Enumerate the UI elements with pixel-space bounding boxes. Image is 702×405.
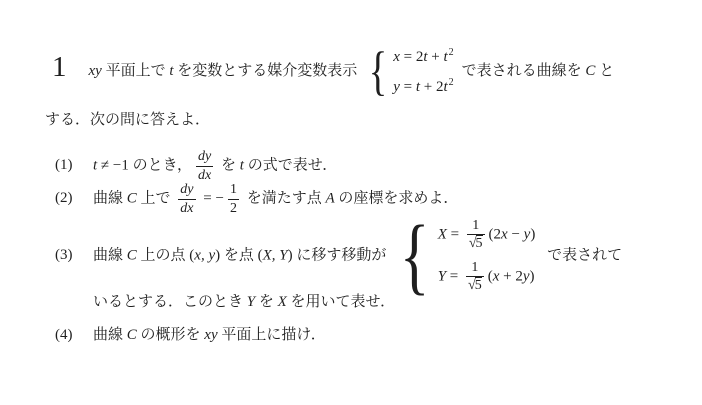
jp-text: 曲線: [93, 190, 127, 206]
exam-problem-page: 1xy 平面上で t を変数とする媒介変数表示{x = 2t + t2y = t…: [0, 0, 702, 405]
math-var-X: X: [278, 294, 287, 310]
fraction-one-over-sqrt5: 1√5: [466, 259, 484, 295]
math-var-C: C: [127, 190, 137, 206]
jp-text: と: [595, 63, 614, 79]
jp-text: の式で表せ．: [244, 157, 337, 173]
left-brace: {: [369, 46, 388, 97]
question-3: (3)曲線 C 上の点 (x, y) を点 (X, Y) に移す移動が{X = …: [55, 215, 622, 297]
jp-text: を: [255, 294, 278, 310]
math-var-C: C: [127, 327, 137, 343]
math-var-C: C: [585, 63, 595, 79]
fraction-dy-dx: dydx: [178, 181, 195, 217]
fraction-dy-dx: dydx: [196, 148, 213, 184]
jp-text: を用いて表せ．: [287, 294, 395, 310]
question-3-label: (3): [55, 245, 93, 265]
question-4-label: (4): [55, 325, 93, 345]
jp-text: 上で: [137, 190, 175, 206]
math-var-xy: xy: [89, 63, 102, 79]
jp-text: 曲線: [93, 247, 127, 263]
question-1: (1)t ≠ −1 のとき，dydx を t の式で表せ．: [55, 148, 337, 184]
jp-text: を満たす点: [243, 190, 326, 206]
equation-x: x = 2t + t2: [393, 46, 453, 67]
equations: x = 2t + t2y = t + 2t2: [393, 46, 453, 97]
math-var-C: C: [127, 247, 137, 263]
question-3-continuation: いるとする．このとき Y を X を用いて表せ．: [93, 292, 395, 312]
superscript: 2: [449, 77, 454, 88]
equations: X = 1√5(2x − y)Y = 1√5(x + 2y): [438, 217, 536, 295]
equation-Y: Y = 1√5(x + 2y): [438, 259, 536, 295]
left-brace: {: [400, 215, 430, 297]
jp-text: のとき，: [133, 157, 192, 173]
jp-text: を変数とする媒介変数表示: [174, 63, 358, 79]
jp-text: で表される曲線を: [462, 63, 586, 79]
math-var-xy: x, y: [194, 247, 215, 263]
equation-y: y = t + 2t2: [393, 76, 453, 97]
jp-text: を: [217, 157, 240, 173]
question-4: (4)曲線 C の概形を xy 平面上に描け．: [55, 325, 326, 345]
jp-text: の概形を: [137, 327, 205, 343]
question-2-label: (2): [55, 188, 93, 208]
superscript: 2: [449, 47, 454, 58]
problem-number: 1: [52, 51, 67, 83]
math-var-XY: X, Y: [263, 247, 288, 263]
fraction-one-over-sqrt5: 1√5: [467, 217, 485, 253]
jp-text: 平面上に描け．: [218, 327, 326, 343]
problem-statement-line2: する．次の問に答えよ．: [45, 110, 210, 130]
fraction-one-half: 12: [228, 181, 239, 217]
problem-statement-line1: 1xy 平面上で t を変数とする媒介変数表示{x = 2t + t2y = t…: [52, 46, 614, 97]
math-var-xy: xy: [204, 327, 217, 343]
equation-X: X = 1√5(2x − y): [438, 217, 536, 253]
jp-text: 平面上で: [102, 63, 170, 79]
math-var-A: A: [325, 190, 334, 206]
jp-text: で表されて: [543, 247, 622, 263]
math-var-Y: Y: [247, 294, 255, 310]
jp-text: を点: [220, 247, 258, 263]
jp-text: 曲線: [93, 327, 127, 343]
question-2: (2)曲線 C 上で dydx = −12 を満たす点 A の座標を求めよ．: [55, 181, 458, 217]
parametric-equation-system: {x = 2t + t2y = t + 2t2: [365, 46, 453, 97]
jp-text: 上の点: [137, 247, 190, 263]
jp-text: に移す移動が: [293, 247, 387, 263]
question-1-label: (1): [55, 155, 93, 175]
transformation-equation-system: {X = 1√5(2x − y)Y = 1√5(x + 2y): [394, 215, 535, 297]
jp-text: いるとする．このとき: [93, 294, 247, 310]
jp-text: の座標を求めよ．: [335, 190, 459, 206]
